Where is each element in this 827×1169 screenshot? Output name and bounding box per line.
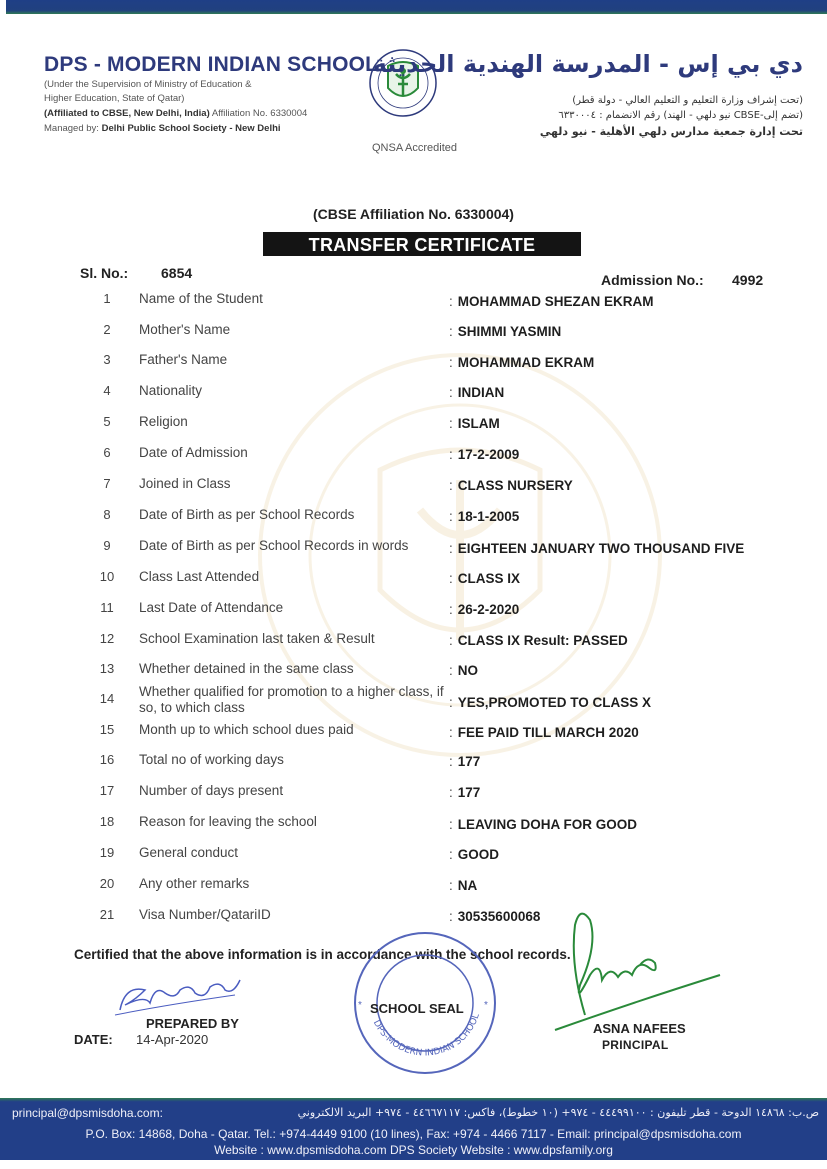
- row-value-text: SHIMMI YASMIN: [458, 324, 562, 339]
- row-value: :30535600068: [449, 909, 540, 924]
- row-value-text: 177: [458, 754, 481, 769]
- row-value: :INDIAN: [449, 385, 504, 400]
- managed-by-value: Delhi Public School Society - New Delhi: [102, 123, 281, 134]
- row-value-text: NA: [458, 878, 478, 893]
- row-number: 12: [92, 631, 122, 646]
- row-value: :ISLAM: [449, 416, 500, 431]
- row-value: :FEE PAID TILL MARCH 2020: [449, 725, 639, 740]
- row-value-text: MOHAMMAD SHEZAN EKRAM: [458, 294, 654, 309]
- row-value: :18-1-2005: [449, 509, 519, 524]
- svg-text:DPS-MODERN INDIAN SCHOOL: DPS-MODERN INDIAN SCHOOL: [371, 1012, 482, 1058]
- row-colon: :: [449, 571, 453, 586]
- row-value-text: FEE PAID TILL MARCH 2020: [458, 725, 639, 740]
- row-number: 8: [92, 507, 122, 522]
- row-value: :GOOD: [449, 847, 499, 862]
- affiliation-line: (Affiliated to CBSE, New Delhi, India) A…: [44, 108, 307, 120]
- row-label: Whether detained in the same class: [139, 661, 354, 677]
- school-name-arabic: دي بي إس - المدرسة الهندية الحديثة: [373, 50, 803, 78]
- row-value-text: MOHAMMAD EKRAM: [458, 355, 594, 370]
- row-number: 9: [92, 538, 122, 553]
- svg-text:*: *: [484, 1000, 488, 1011]
- qnsa-accreditation: QNSA Accredited: [372, 142, 457, 154]
- row-colon: :: [449, 355, 453, 370]
- row-value-text: GOOD: [458, 847, 499, 862]
- row-value: :177: [449, 785, 480, 800]
- row-label: Last Date of Attendance: [139, 600, 283, 616]
- row-label: Date of Admission: [139, 445, 248, 461]
- row-colon: :: [449, 817, 453, 832]
- row-value: :177: [449, 754, 480, 769]
- svg-text:*: *: [358, 1000, 362, 1011]
- admission-number-label: Admission No.:: [601, 272, 704, 288]
- row-colon: :: [449, 785, 453, 800]
- date-label: DATE:: [74, 1032, 113, 1047]
- row-label: Visa Number/QatariID: [139, 907, 271, 923]
- row-label: Month up to which school dues paid: [139, 722, 354, 738]
- row-number: 4: [92, 383, 122, 398]
- arabic-managed-by-line: تحت إدارة جمعية مدارس دلهي الأهلية - نيو…: [540, 125, 803, 138]
- row-number: 7: [92, 476, 122, 491]
- prepared-by-label: PREPARED BY: [146, 1016, 239, 1031]
- row-label: Class Last Attended: [139, 569, 259, 585]
- row-colon: :: [449, 909, 453, 924]
- row-number: 1: [92, 291, 122, 306]
- row-colon: :: [449, 416, 453, 431]
- row-number: 19: [92, 845, 122, 860]
- cbse-affiliation: (CBSE Affiliation No. 6330004): [0, 206, 827, 222]
- row-colon: :: [449, 725, 453, 740]
- row-number: 14: [92, 691, 122, 706]
- row-label: Reason for leaving the school: [139, 814, 317, 830]
- row-number: 3: [92, 352, 122, 367]
- row-colon: :: [449, 385, 453, 400]
- principal-name: ASNA NAFEES: [593, 1021, 686, 1036]
- row-number: 17: [92, 783, 122, 798]
- arabic-supervision-line: (تحت إشراف وزارة التعليم و التعليم العال…: [572, 95, 803, 106]
- row-value-text: CLASS IX: [458, 571, 520, 586]
- row-label: Name of the Student: [139, 291, 263, 307]
- footer-line-1: principal@dpsmisdoha.com: ص.ب: ١٤٨٦٨ الد…: [0, 1106, 827, 1120]
- row-value-text: 30535600068: [458, 909, 541, 924]
- row-colon: :: [449, 509, 453, 524]
- affiliation-bold: (Affiliated to CBSE, New Delhi, India): [44, 108, 210, 119]
- row-colon: :: [449, 602, 453, 617]
- row-value-text: INDIAN: [458, 385, 505, 400]
- row-number: 18: [92, 814, 122, 829]
- managed-by-line: Managed by: Delhi Public School Society …: [44, 123, 281, 135]
- row-colon: :: [449, 754, 453, 769]
- row-value: :NA: [449, 878, 477, 893]
- row-value: :LEAVING DOHA FOR GOOD: [449, 817, 637, 832]
- row-value-text: 17-2-2009: [458, 447, 520, 462]
- row-value: :MOHAMMAD SHEZAN EKRAM: [449, 294, 654, 309]
- supervision-line-2: Higher Education, State of Qatar): [44, 93, 184, 105]
- row-value-text: ISLAM: [458, 416, 500, 431]
- footer-arabic-contact: ص.ب: ١٤٨٦٨ الدوحة - قطر تليفون : ٤٤٤٩٩١٠…: [298, 1106, 819, 1120]
- row-label: Religion: [139, 414, 188, 430]
- row-value-text: EIGHTEEN JANUARY TWO THOUSAND FIVE: [458, 541, 745, 556]
- footer-contact-bar: principal@dpsmisdoha.com: ص.ب: ١٤٨٦٨ الد…: [0, 1098, 827, 1160]
- arabic-affiliation-line: (تضم إلى-CBSE نيو دلهي - الهند) رقم الان…: [558, 110, 803, 121]
- row-label: General conduct: [139, 845, 238, 861]
- footer-email-link[interactable]: principal@dpsmisdoha.com:: [12, 1106, 163, 1120]
- row-number: 20: [92, 876, 122, 891]
- row-value: :SHIMMI YASMIN: [449, 324, 561, 339]
- date-value: 14-Apr-2020: [136, 1032, 208, 1047]
- school-name-english: DPS - MODERN INDIAN SCHOOL: [44, 53, 378, 77]
- row-value-text: 18-1-2005: [458, 509, 520, 524]
- row-number: 10: [92, 569, 122, 584]
- row-number: 21: [92, 907, 122, 922]
- row-value-text: 26-2-2020: [458, 602, 520, 617]
- row-value: :CLASS IX: [449, 571, 520, 586]
- certificate-row: 21Visa Number/QatariID:30535600068: [0, 0, 827, 30]
- serial-number-label: Sl. No.:: [80, 265, 128, 281]
- row-value-text: NO: [458, 663, 478, 678]
- row-value-text: 177: [458, 785, 481, 800]
- row-label: Number of days present: [139, 783, 283, 799]
- row-value-text: YES,PROMOTED TO CLASS X: [458, 695, 651, 710]
- row-colon: :: [449, 878, 453, 893]
- row-value-text: LEAVING DOHA FOR GOOD: [458, 817, 637, 832]
- row-colon: :: [449, 478, 453, 493]
- row-colon: :: [449, 695, 453, 710]
- footer-website-line[interactable]: Website : www.dpsmisdoha.com DPS Society…: [0, 1143, 827, 1157]
- school-seal-label: SCHOOL SEAL: [370, 1001, 464, 1016]
- row-label: Joined in Class: [139, 476, 231, 492]
- row-label: Any other remarks: [139, 876, 249, 892]
- row-value: :CLASS IX Result: PASSED: [449, 633, 628, 648]
- row-label: Date of Birth as per School Records: [139, 507, 354, 523]
- row-value: :MOHAMMAD EKRAM: [449, 355, 594, 370]
- serial-number-value: 6854: [161, 265, 192, 281]
- row-colon: :: [449, 633, 453, 648]
- row-number: 2: [92, 322, 122, 337]
- row-value: :EIGHTEEN JANUARY TWO THOUSAND FIVE: [449, 541, 744, 556]
- row-number: 5: [92, 414, 122, 429]
- row-colon: :: [449, 294, 453, 309]
- row-value-text: CLASS IX Result: PASSED: [458, 633, 628, 648]
- row-number: 6: [92, 445, 122, 460]
- row-value: :CLASS NURSERY: [449, 478, 573, 493]
- row-value-text: CLASS NURSERY: [458, 478, 573, 493]
- managed-by-label: Managed by:: [44, 123, 102, 134]
- certificate-title: TRANSFER CERTIFICATE: [263, 232, 581, 256]
- row-number: 15: [92, 722, 122, 737]
- row-label: Whether qualified for promotion to a hig…: [139, 684, 449, 716]
- row-label: Total no of working days: [139, 752, 284, 768]
- footer-address-line: P.O. Box: 14868, Doha - Qatar. Tel.: +97…: [0, 1127, 827, 1141]
- row-label: School Examination last taken & Result: [139, 631, 375, 647]
- row-label: Date of Birth as per School Records in w…: [139, 538, 408, 554]
- row-label: Father's Name: [139, 352, 227, 368]
- row-colon: :: [449, 847, 453, 862]
- row-colon: :: [449, 324, 453, 339]
- row-value: :17-2-2009: [449, 447, 519, 462]
- supervision-line-1: (Under the Supervision of Ministry of Ed…: [44, 79, 252, 91]
- row-value: :YES,PROMOTED TO CLASS X: [449, 695, 651, 710]
- row-colon: :: [449, 447, 453, 462]
- row-value: :NO: [449, 663, 478, 678]
- row-number: 13: [92, 661, 122, 676]
- row-number: 11: [92, 600, 122, 615]
- row-label: Mother's Name: [139, 322, 230, 338]
- row-colon: :: [449, 663, 453, 678]
- row-label: Nationality: [139, 383, 202, 399]
- row-number: 16: [92, 752, 122, 767]
- row-value: :26-2-2020: [449, 602, 519, 617]
- principal-title: PRINCIPAL: [602, 1038, 668, 1052]
- affiliation-number: Affiliation No. 6330004: [210, 108, 308, 119]
- admission-number-value: 4992: [732, 272, 763, 288]
- row-colon: :: [449, 541, 453, 556]
